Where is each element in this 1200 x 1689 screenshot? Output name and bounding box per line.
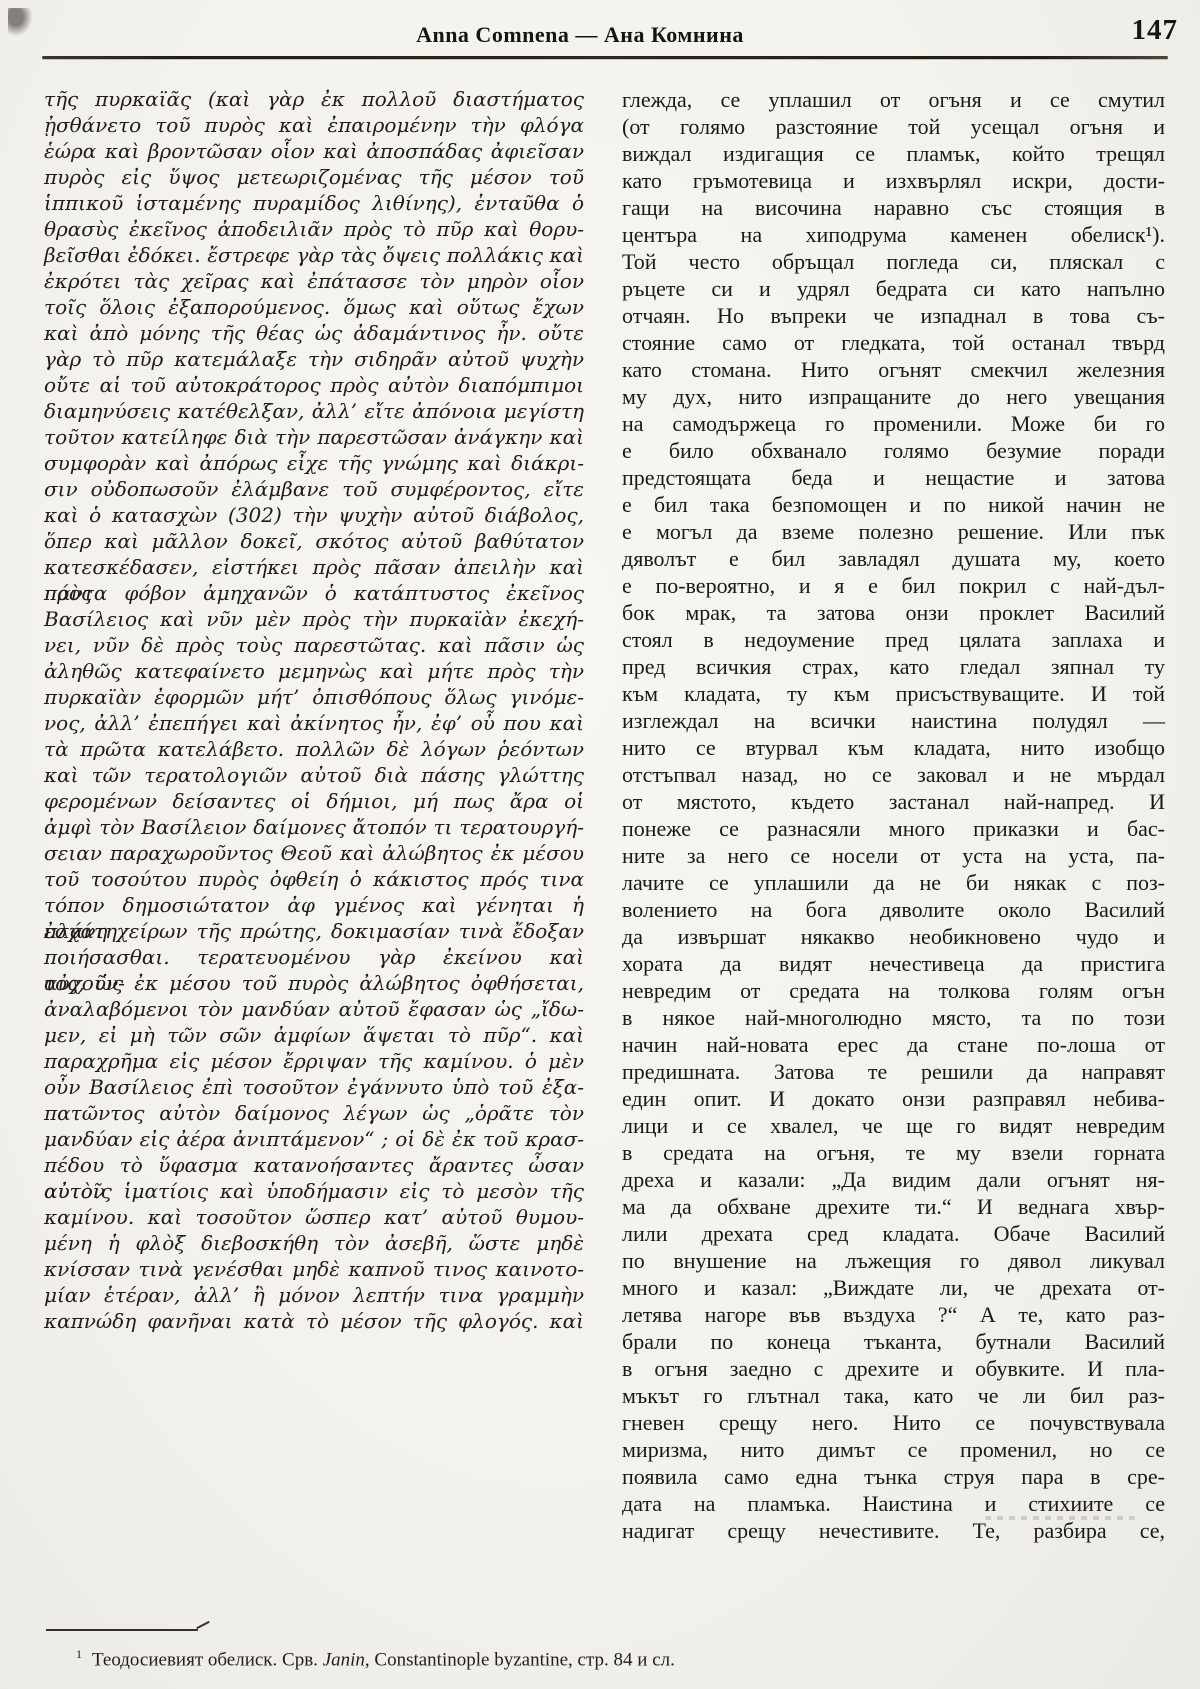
text-line: глежда, се уплашил от огъня и се смутил [622, 86, 1165, 113]
text-line: на самодържеца го променили. Може би го [622, 410, 1165, 437]
text-line: е било обхванало голямо безумие поради [622, 437, 1165, 464]
text-line: οὖν Βασίλειος ἐπὶ τοσοῦτον ἐγάννυτο ὑπὸ … [44, 1074, 584, 1100]
text-line: невредим от средата на толкова голям огъ… [622, 977, 1165, 1004]
footnote-text-after: , Constantinople byzantine, стр. 84 и сл… [365, 1649, 675, 1670]
text-line: по внушение на лъжещия го дявол ликувал [622, 1247, 1165, 1274]
text-line: виждал издигащия се пламък, който трещял [622, 140, 1165, 167]
text-line: дата на пламъка. Наистина и стихиите се [622, 1490, 1165, 1517]
text-line: лили дрехата сред кладата. Обаче Василий [622, 1220, 1165, 1247]
text-line: брали по конеца тъканта, бутнали Василий [622, 1328, 1165, 1355]
text-line: κατεσκέδασεν, εἱστήκει πρὸς πᾶσαν ἀπειλὴ… [44, 554, 584, 580]
text-line: παραχρῆμα εἰς μέσον ἔρριψαν τῆς καμίνου.… [44, 1048, 584, 1074]
text-line: καὶ ὁ κατασχὼν (302) τὴν ψυχὴν αὐτοῦ διά… [44, 502, 584, 528]
text-line: в някое най-многолюдно място, та по този [622, 1004, 1165, 1031]
text-line: стоял в недоумение пред цялата заплаха и [622, 626, 1165, 653]
text-line: ἀληθῶς κατεφαίνετο μεμηνὼς καὶ μήτε πρὸς… [44, 658, 584, 684]
text-line: изглеждал на всички наистина полудял — [622, 707, 1165, 734]
text-line: σειαν παραχωροῦντος Θεοῦ καὶ ἀλώβητος ἐκ… [44, 840, 584, 866]
text-line: πέδου τὸ ὕφασμα κατανοήσαντες ἄραντες ὦσ… [44, 1152, 584, 1178]
text-line: ните за него се носели от уста на уста, … [622, 842, 1165, 869]
text-line: нито се втурвал към кладата, нито изобщо [622, 734, 1165, 761]
page-number: 147 [1132, 14, 1179, 47]
greek-text-column: τῆς πυρκαϊᾶς (καὶ γὰρ ἐκ πολλοῦ διαστήμα… [44, 86, 584, 1334]
text-line: му дух, нито изпращаните до него увещани… [622, 383, 1165, 410]
text-line: μίαν ἑτέραν, ἀλλ’ ἢ μόνον λεπτήν τινα γρ… [44, 1282, 584, 1308]
text-line: ἀναλαβόμενοι τὸν μανδύαν αὐτοῦ ἔφασαν ὡς… [44, 996, 584, 1022]
text-line: дреха и казали: „Да видим дали огънят ня… [622, 1166, 1165, 1193]
text-line: да извършат някакво необикновено чудо и [622, 923, 1165, 950]
text-line: в средата на огъня, те му взели горната [622, 1139, 1165, 1166]
text-line: мъкът го глътнал така, като че ли бил ра… [622, 1382, 1165, 1409]
text-line: σιν οὐδοπωσοῦν ἐλάμβανε τοῦ συμφέροντος,… [44, 476, 584, 502]
text-line: надигат срещу нечестивите. Те, разбира с… [622, 1517, 1165, 1544]
text-line: към кладата, ту към присъствуващите. И т… [622, 680, 1165, 707]
text-line: τῆς πυρκαϊᾶς (καὶ γὰρ ἐκ πολλοῦ διαστήμα… [44, 86, 584, 112]
text-line: ἑώρα καὶ βροντῶσαν οἷον καὶ ἀποσπάδας ἀφ… [44, 138, 584, 164]
text-line: ма да обхване дрехите ти.“ И веднага хвъ… [622, 1193, 1165, 1220]
text-line: (от голямо разстояние той усещал огъня и [622, 113, 1165, 140]
text-line: гневен срещу него. Нито се почувствувала [622, 1409, 1165, 1436]
text-line: като гръмотевица и изхвърлял искри, дост… [622, 167, 1165, 194]
text-line: πυρὸς εἰς ὕψος μετεωριζομένας τῆς μέσον … [44, 164, 584, 190]
text-line: ръцете си и удрял бедрата си като напълн… [622, 275, 1165, 302]
text-line: е могъл да вземе полезно решение. Или пъ… [622, 518, 1165, 545]
text-line: φερομένων δείσαντες οἱ δήμιοι, μή πως ἄρ… [44, 788, 584, 814]
running-title: Anna Comnena — Ана Комнина [0, 22, 1160, 48]
text-line: ποιήσασθαι. τερατευομένου γὰρ ἐκείνου κα… [44, 944, 584, 970]
text-line: καπνώδη φανῆναι κατὰ τὸ μέσον τῆς φλογός… [44, 1308, 584, 1334]
text-line: понеже се разнасяли много приказки и бас… [622, 815, 1165, 842]
book-page: Anna Comnena — Ана Комнина 147 τῆς πυρκα… [0, 0, 1200, 1689]
text-line: τοῦτον κατείληφε διὰ τὴν παρεστῶσαν ἀνάγ… [44, 424, 584, 450]
text-line: гащи на височина наравно със стоящия в [622, 194, 1165, 221]
text-line: бок мрак, та затова онзи проклет Василий [622, 599, 1165, 626]
text-line: αὐτοῖς ἱματίοις καὶ ὑποδήμασιν εἰς τὸ με… [44, 1178, 584, 1204]
text-line: е по-вероятно, и я е бил покрил с най-дъ… [622, 572, 1165, 599]
text-line: начин най-новата ерес да стане по-лоша о… [622, 1031, 1165, 1058]
text-line: πλάνη χείρων τῆς πρώτης, δοκιμασίαν τινὰ… [44, 918, 584, 944]
text-line: дяволът е бил завладял душата му, което [622, 545, 1165, 572]
footnote: 1Теодосиевият обелиск. Срв. Janin, Const… [76, 1641, 1136, 1673]
text-line: πατῶντος αὐτὸν δαίμονος λέγων ὡς „ὁρᾶτε … [44, 1100, 584, 1126]
text-line: ἀμφὶ τὸν Βασίλειον δαίμονες ἄτοπόν τι τε… [44, 814, 584, 840]
text-line: миризма, нито димът се променил, но се [622, 1436, 1165, 1463]
text-line: центъра на хиподрума каменен обелиск¹). [622, 221, 1165, 248]
text-line: μεν, εἰ μὴ τῶν σῶν ἀμφίων ἅψεται τὸ πῦρ“… [44, 1022, 584, 1048]
footnote-text-before: Теодосиевият обелиск. Срв. [92, 1649, 323, 1670]
text-line: θρασὺς ἐκεῖνος ἀποδειλιᾶν πρὸς τὸ πῦρ κα… [44, 216, 584, 242]
text-line: хората да видят нечестивеца да пристига [622, 950, 1165, 977]
text-line: ὅπερ καὶ μᾶλλον δοκεῖ, σκότος αὐτοῦ βαθύ… [44, 528, 584, 554]
text-line: οὔτε αἱ τοῦ αὐτοκράτορος πρὸς αὐτὸν διαπ… [44, 372, 584, 398]
text-line: τος, ὡς ἐκ μέσου τοῦ πυρὸς ἀλώβητος ὀφθή… [44, 970, 584, 996]
text-line: νος, ἀλλ’ ἐπεπήγει καὶ ἀκίνητος ἦν, ἐφ’ … [44, 710, 584, 736]
text-line: Βασίλειος καὶ νῦν μὲν πρὸς τὴν πυρκαϊὰν … [44, 606, 584, 632]
text-line: появила само една тънка струя пара в сре… [622, 1463, 1165, 1490]
footnote-marker: 1 [76, 1647, 82, 1661]
text-line: πάντα φόβον ἀμηχανῶν ὁ κατάπτυστος ἐκεῖν… [44, 580, 584, 606]
text-line: стояние само от гледката, той останал тв… [622, 329, 1165, 356]
bulgarian-text-column: глежда, се уплашил от огъня и се смутил(… [622, 86, 1165, 1544]
text-line: отчаян. Но въпреки че изпаднал в това съ… [622, 302, 1165, 329]
text-line: предишната. Затова те решили да направят [622, 1058, 1165, 1085]
footnote-separator [46, 1629, 198, 1631]
text-line: ἱππικοῦ ἱσταμένης πυραμίδος λιθίνης), ἐν… [44, 190, 584, 216]
text-line: καὶ ἀπὸ μόνης τῆς θέας ὡς ἀδαμάντινος ἦν… [44, 320, 584, 346]
text-line: отстъпвал назад, но се заковал и не мърд… [622, 761, 1165, 788]
text-line: πυρκαϊὰν ἐφορμῶν μήτ’ ὀπισθόπους ὅλως γι… [44, 684, 584, 710]
text-line: μανδύαν εἰς ἀέρα ἀνιπτάμενον“ ; οἱ δὲ ἐκ… [44, 1126, 584, 1152]
text-line: ἐκρότει τὰς χεῖρας καὶ ἐπάτασσε τὸν μηρὸ… [44, 268, 584, 294]
text-line: летява нагоре във въздуха ?“ А те, като … [622, 1301, 1165, 1328]
text-line: καὶ τῶν τερατολογιῶν αὐτοῦ διὰ πάσης γλώ… [44, 762, 584, 788]
text-line: καμίνου. καὶ τοσοῦτον ὥσπερ κατ’ αὐτοῦ θ… [44, 1204, 584, 1230]
text-line: волението на бога дяволите около Василий [622, 896, 1165, 923]
text-line: μένη ἡ φλὸξ διεβοσκήθη τὸν ἀσεβῆ, ὥστε μ… [44, 1230, 584, 1256]
footnote-author: Janin [323, 1649, 365, 1670]
text-line: много и казал: „Виждате ли, че дрехата о… [622, 1274, 1165, 1301]
text-line: συμφορὰν καὶ ἀπόρως εἶχε τῆς γνώμης καὶ … [44, 450, 584, 476]
text-line: един опит. И докато онзи разправял небив… [622, 1085, 1165, 1112]
text-line: τὰ πρῶτα κατελάβετο. πολλῶν δὲ λόγων ῥεό… [44, 736, 584, 762]
text-line: νει, νῦν δὲ πρὸς τοὺς παρεστῶτας. καὶ πᾶ… [44, 632, 584, 658]
text-line: като стомана. Нито огънят смекчил железн… [622, 356, 1165, 383]
text-line: τοῦ τοσούτου πυρὸς ὀφθείη ὁ κάκιστος πρό… [44, 866, 584, 892]
text-line: пред всичкия страх, като гледал зяпнал т… [622, 653, 1165, 680]
text-line: τοῖς ὅλοις ἐξαπορούμενος. ὅμως καὶ οὕτως… [44, 294, 584, 320]
text-line: Той често обръщал погледа си, пляскал с [622, 248, 1165, 275]
text-line: ᾐσθάνετο τοῦ πυρὸς καὶ ἐπαιρομένην τὴν φ… [44, 112, 584, 138]
text-line: διαμηνύσεις κατέθελξαν, ἀλλ’ εἴτε ἀπόνοι… [44, 398, 584, 424]
text-line: βεῖσθαι ἐδόκει. ἔστρεφε γὰρ τὰς ὄψεις πο… [44, 242, 584, 268]
text-line: γὰρ τὸ πῦρ κατεμάλαξε τὴν σιδηρᾶν αὐτοῦ … [44, 346, 584, 372]
text-line: предстоящата беда и нещастие и затова [622, 464, 1165, 491]
text-line: τόπον δημοσιώτατον ἀφ γμένος καὶ γένηται… [44, 892, 584, 918]
text-line: лачите се уплашили да не би някак с поз- [622, 869, 1165, 896]
text-line: от мястото, където застанал най-напред. … [622, 788, 1165, 815]
text-line: лици и се хвалел, че ще го видят невреди… [622, 1112, 1165, 1139]
header-rule [42, 56, 1168, 59]
text-line: κνίσσαν τινὰ γενέσθαι μηδὲ καπνοῦ τινος … [44, 1256, 584, 1282]
text-line: е бил така безпомощен и по никой начин н… [622, 491, 1165, 518]
text-line: в огъня заедно с дрехите и обувките. И п… [622, 1355, 1165, 1382]
